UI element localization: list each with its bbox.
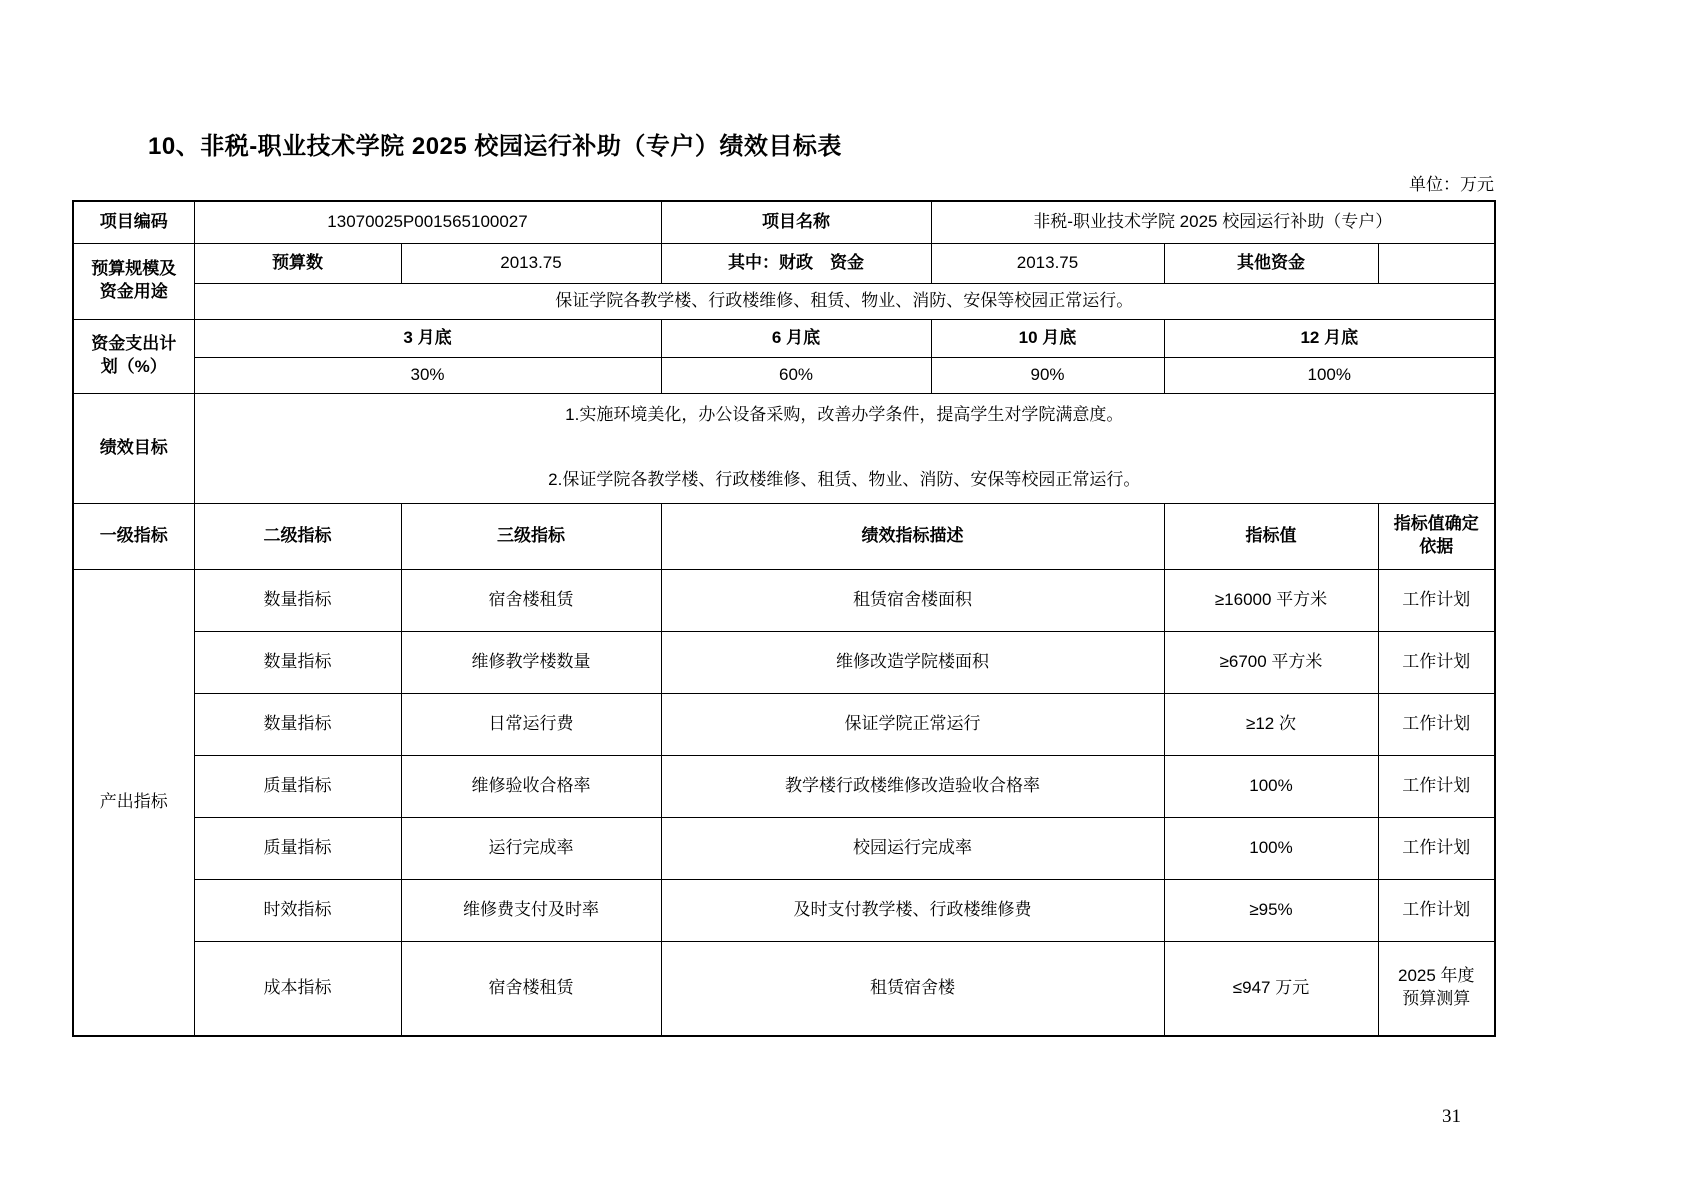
indicator-row-4: 质量指标 维修验收合格率 教学楼行政楼维修改造验收合格率 100% 工作计划 — [73, 755, 1495, 817]
level1-indicator-value: 产出指标 — [73, 569, 194, 1036]
indicator-description: 校园运行完成率 — [661, 817, 1164, 879]
document-page: 10、非税-职业技术学院 2025 校园运行补助（专户）绩效目标表 单位：万元 … — [0, 0, 1684, 1190]
indicator-header-row: 一级指标 二级指标 三级指标 绩效指标描述 指标值 指标值确定 依据 — [73, 503, 1495, 569]
indicator-description: 保证学院正常运行 — [661, 693, 1164, 755]
other-funds-label: 其他资金 — [1164, 243, 1378, 283]
spending-plan-value-1: 30% — [194, 357, 661, 393]
indicator-value: ≥6700 平方米 — [1164, 631, 1378, 693]
spending-plan-values-row: 30% 60% 90% 100% — [73, 357, 1495, 393]
indicator-basis: 2025 年度 预算测算 — [1378, 941, 1495, 1036]
page-number: 31 — [1442, 1106, 1461, 1128]
performance-goal-row: 绩效目标 1.实施环境美化，办公设备采购，改善办学条件，提高学生对学院满意度。 … — [73, 393, 1495, 503]
indicator-value: ≥95% — [1164, 879, 1378, 941]
header-level1: 一级指标 — [73, 503, 194, 569]
indicator-value: ≤947 万元 — [1164, 941, 1378, 1036]
indicator-description: 教学楼行政楼维修改造验收合格率 — [661, 755, 1164, 817]
budget-number-label: 预算数 — [194, 243, 401, 283]
unit-label: 单位：万元 — [72, 170, 1494, 195]
level2-indicator: 质量指标 — [194, 755, 401, 817]
indicator-basis: 工作计划 — [1378, 879, 1495, 941]
fund-usage-row: 保证学院各教学楼、行政楼维修、租赁、物业、消防、安保等校园正常运行。 — [73, 283, 1495, 319]
level3-indicator: 日常运行费 — [401, 693, 661, 755]
indicator-value: ≥16000 平方米 — [1164, 569, 1378, 631]
indicator-row-7: 成本指标 宿舍楼租赁 租赁宿舍楼 ≤947 万元 2025 年度 预算测算 — [73, 941, 1495, 1036]
budget-row: 预算规模及 资金用途 预算数 2013.75 其中：财政 资金 2013.75 … — [73, 243, 1495, 283]
page-title: 10、非税-职业技术学院 2025 校园运行补助（专户）绩效目标表 — [148, 126, 842, 161]
indicator-value: ≥12 次 — [1164, 693, 1378, 755]
indicator-value: 100% — [1164, 817, 1378, 879]
spending-plan-month-3: 10 月底 — [931, 319, 1164, 357]
level3-indicator: 运行完成率 — [401, 817, 661, 879]
goal-item-1: 1.实施环境美化，办公设备采购，改善办学条件，提高学生对学院满意度。 — [201, 404, 1489, 427]
performance-target-table: 项目编码 13070025P001565100027 项目名称 非税-职业技术学… — [72, 200, 1496, 1037]
project-name-label: 项目名称 — [661, 201, 931, 243]
spending-plan-months-row: 资金支出计 划（%） 3 月底 6 月底 10 月底 12 月底 — [73, 319, 1495, 357]
indicator-basis: 工作计划 — [1378, 755, 1495, 817]
spending-plan-month-4: 12 月底 — [1164, 319, 1495, 357]
goal-item-2: 2.保证学院各教学楼、行政楼维修、租赁、物业、消防、安保等校园正常运行。 — [201, 469, 1489, 492]
indicator-description: 租赁宿舍楼面积 — [661, 569, 1164, 631]
spending-plan-label: 资金支出计 划（%） — [73, 319, 194, 393]
fiscal-funds-value: 2013.75 — [931, 243, 1164, 283]
performance-goal-content: 1.实施环境美化，办公设备采购，改善办学条件，提高学生对学院满意度。 2.保证学… — [194, 393, 1495, 503]
spending-plan-value-2: 60% — [661, 357, 931, 393]
other-funds-value — [1378, 243, 1495, 283]
spending-plan-month-1: 3 月底 — [194, 319, 661, 357]
level3-indicator: 宿舍楼租赁 — [401, 569, 661, 631]
header-description: 绩效指标描述 — [661, 503, 1164, 569]
indicator-row-1: 产出指标 数量指标 宿舍楼租赁 租赁宿舍楼面积 ≥16000 平方米 工作计划 — [73, 569, 1495, 631]
project-name-value: 非税-职业技术学院 2025 校园运行补助（专户） — [931, 201, 1495, 243]
indicator-row-2: 数量指标 维修教学楼数量 维修改造学院楼面积 ≥6700 平方米 工作计划 — [73, 631, 1495, 693]
level2-indicator: 数量指标 — [194, 569, 401, 631]
indicator-row-3: 数量指标 日常运行费 保证学院正常运行 ≥12 次 工作计划 — [73, 693, 1495, 755]
indicator-description: 租赁宿舍楼 — [661, 941, 1164, 1036]
level3-indicator: 宿舍楼租赁 — [401, 941, 661, 1036]
budget-number-value: 2013.75 — [401, 243, 661, 283]
header-level3: 三级指标 — [401, 503, 661, 569]
indicator-basis: 工作计划 — [1378, 631, 1495, 693]
spending-plan-month-2: 6 月底 — [661, 319, 931, 357]
fund-usage-text: 保证学院各教学楼、行政楼维修、租赁、物业、消防、安保等校园正常运行。 — [194, 283, 1495, 319]
level2-indicator: 成本指标 — [194, 941, 401, 1036]
fiscal-funds-label: 其中：财政 资金 — [661, 243, 931, 283]
performance-goal-label: 绩效目标 — [73, 393, 194, 503]
spending-plan-value-3: 90% — [931, 357, 1164, 393]
level2-indicator: 质量指标 — [194, 817, 401, 879]
level2-indicator: 时效指标 — [194, 879, 401, 941]
project-code-value: 13070025P001565100027 — [194, 201, 661, 243]
level3-indicator: 维修验收合格率 — [401, 755, 661, 817]
indicator-basis: 工作计划 — [1378, 817, 1495, 879]
indicator-basis: 工作计划 — [1378, 693, 1495, 755]
project-code-row: 项目编码 13070025P001565100027 项目名称 非税-职业技术学… — [73, 201, 1495, 243]
level2-indicator: 数量指标 — [194, 631, 401, 693]
indicator-description: 及时支付教学楼、行政楼维修费 — [661, 879, 1164, 941]
project-code-label: 项目编码 — [73, 201, 194, 243]
budget-section-label: 预算规模及 资金用途 — [73, 243, 194, 319]
spending-plan-value-4: 100% — [1164, 357, 1495, 393]
level3-indicator: 维修费支付及时率 — [401, 879, 661, 941]
indicator-row-6: 时效指标 维修费支付及时率 及时支付教学楼、行政楼维修费 ≥95% 工作计划 — [73, 879, 1495, 941]
level2-indicator: 数量指标 — [194, 693, 401, 755]
header-level2: 二级指标 — [194, 503, 401, 569]
header-value: 指标值 — [1164, 503, 1378, 569]
indicator-basis: 工作计划 — [1378, 569, 1495, 631]
level3-indicator: 维修教学楼数量 — [401, 631, 661, 693]
indicator-row-5: 质量指标 运行完成率 校园运行完成率 100% 工作计划 — [73, 817, 1495, 879]
indicator-description: 维修改造学院楼面积 — [661, 631, 1164, 693]
header-basis: 指标值确定 依据 — [1378, 503, 1495, 569]
indicator-value: 100% — [1164, 755, 1378, 817]
